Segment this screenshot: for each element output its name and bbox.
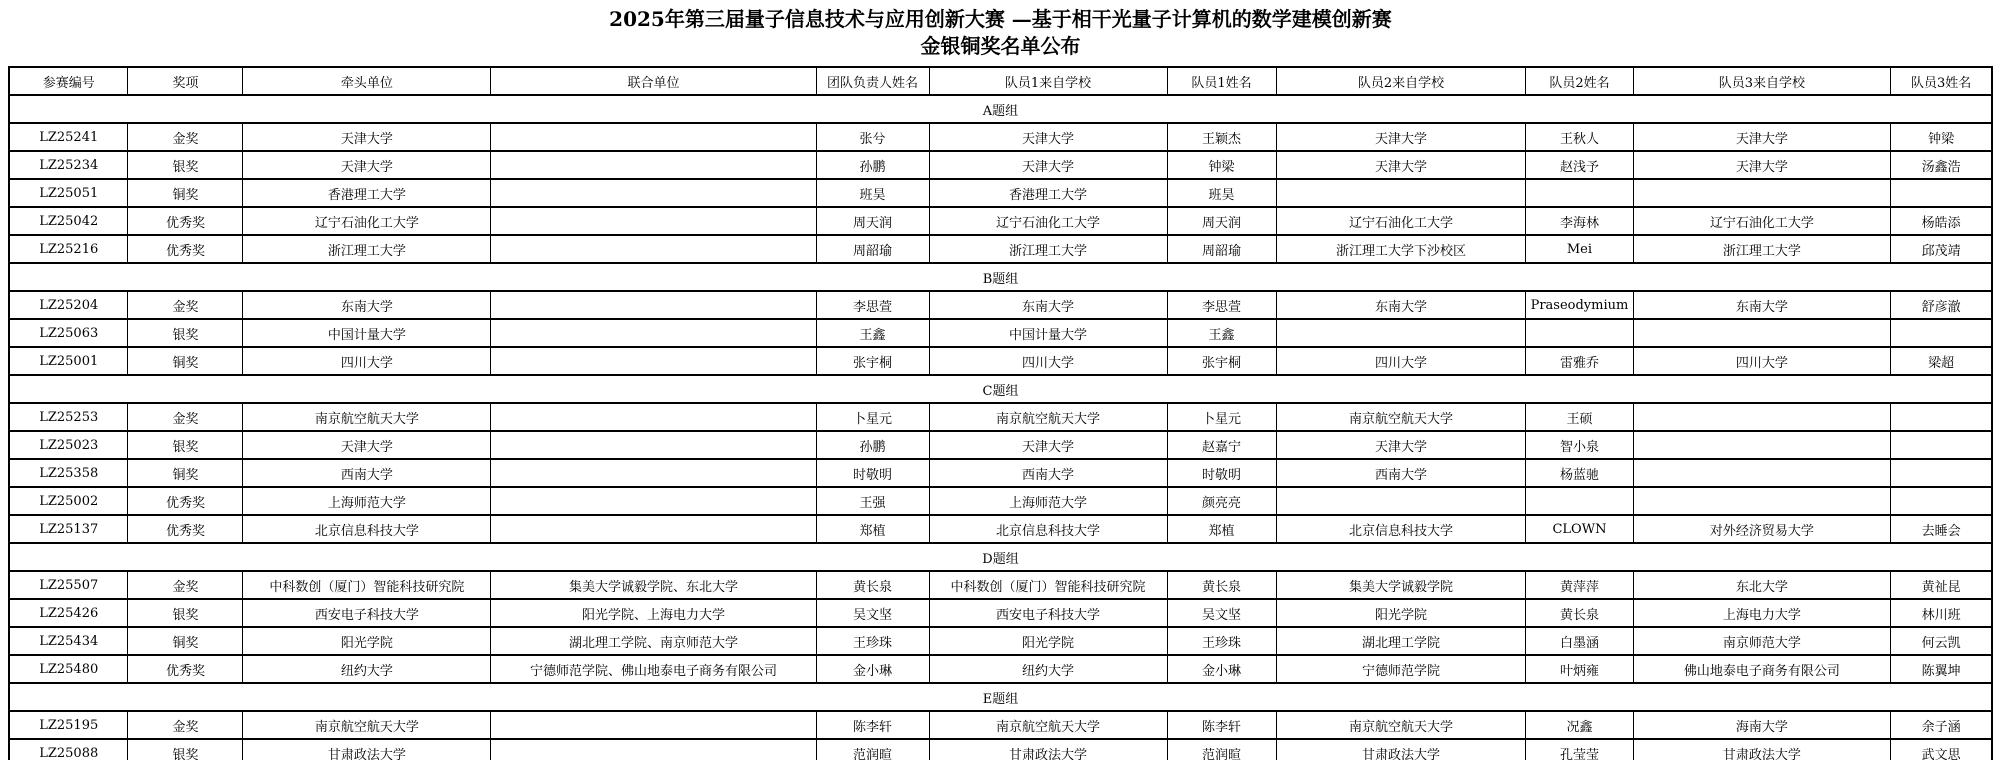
cell: 四川大学 bbox=[1633, 347, 1891, 375]
cell bbox=[1891, 179, 1992, 207]
cell: 余子涵 bbox=[1891, 711, 1992, 739]
cell: 南京航空航天大学 bbox=[243, 711, 491, 739]
cell: 班昊 bbox=[816, 179, 929, 207]
cell: 王珍珠 bbox=[1167, 627, 1276, 655]
cell: 汤鑫浩 bbox=[1891, 151, 1992, 179]
table-row: LZ25088银奖甘肃政法大学范润暄甘肃政法大学范润暄甘肃政法大学孔莹莹甘肃政法… bbox=[9, 739, 1992, 760]
cell: 卜星元 bbox=[816, 403, 929, 431]
cell: 去睡会 bbox=[1891, 515, 1992, 543]
cell bbox=[1526, 179, 1633, 207]
cell: 铜奖 bbox=[128, 347, 243, 375]
cell: 南京航空航天大学 bbox=[243, 403, 491, 431]
cell: 王珍珠 bbox=[816, 627, 929, 655]
cell: 银奖 bbox=[128, 151, 243, 179]
cell: 白墨涵 bbox=[1526, 627, 1633, 655]
group-label: E题组 bbox=[9, 683, 1992, 711]
cell: LZ25434 bbox=[9, 627, 128, 655]
cell: 南京航空航天大学 bbox=[929, 403, 1167, 431]
cell: LZ25063 bbox=[9, 319, 128, 347]
cell: 王颖杰 bbox=[1167, 123, 1276, 151]
cell: 中国计量大学 bbox=[243, 319, 491, 347]
cell: 优秀奖 bbox=[128, 655, 243, 683]
cell: 王鑫 bbox=[816, 319, 929, 347]
cell: 金奖 bbox=[128, 291, 243, 319]
cell: 张宇桐 bbox=[816, 347, 929, 375]
cell: LZ25253 bbox=[9, 403, 128, 431]
cell: LZ25195 bbox=[9, 711, 128, 739]
cell: 周韶瑜 bbox=[816, 235, 929, 263]
cell: LZ25234 bbox=[9, 151, 128, 179]
cell: 天津大学 bbox=[243, 431, 491, 459]
cell: 中科数创（厦门）智能科技研究院 bbox=[243, 571, 491, 599]
table-row: LZ25001铜奖四川大学张宇桐四川大学张宇桐四川大学雷雅乔四川大学梁超 bbox=[9, 347, 1992, 375]
cell: 甘肃政法大学 bbox=[929, 739, 1167, 760]
table-header: 参赛编号奖项牵头单位联合单位团队负责人姓名队员1来自学校队员1姓名队员2来自学校… bbox=[9, 67, 1992, 95]
cell: 天津大学 bbox=[1633, 151, 1891, 179]
table-row: LZ25434铜奖阳光学院湖北理工学院、南京师范大学王珍珠阳光学院王珍珠湖北理工… bbox=[9, 627, 1992, 655]
cell: 金奖 bbox=[128, 123, 243, 151]
cell: 金奖 bbox=[128, 403, 243, 431]
cell: 辽宁石油化工大学 bbox=[1633, 207, 1891, 235]
cell: 颜亮亮 bbox=[1167, 487, 1276, 515]
cell: 浙江理工大学 bbox=[1633, 235, 1891, 263]
cell: 天津大学 bbox=[243, 123, 491, 151]
cell bbox=[1891, 431, 1992, 459]
cell: 阳光学院 bbox=[929, 627, 1167, 655]
table-row: LZ25241金奖天津大学张兮天津大学王颖杰天津大学王秋人天津大学钟梁 bbox=[9, 123, 1992, 151]
cell bbox=[1891, 403, 1992, 431]
cell: 雷雅乔 bbox=[1526, 347, 1633, 375]
cell: 浙江理工大学 bbox=[243, 235, 491, 263]
table-row: LZ25216优秀奖浙江理工大学周韶瑜浙江理工大学周韶瑜浙江理工大学下沙校区Me… bbox=[9, 235, 1992, 263]
cell bbox=[1276, 487, 1526, 515]
table-body: A题组LZ25241金奖天津大学张兮天津大学王颖杰天津大学王秋人天津大学钟梁LZ… bbox=[9, 95, 1992, 760]
cell bbox=[491, 235, 816, 263]
cell: 武文思 bbox=[1891, 739, 1992, 760]
cell: 南京航空航天大学 bbox=[929, 711, 1167, 739]
cell: LZ25002 bbox=[9, 487, 128, 515]
cell: 林川班 bbox=[1891, 599, 1992, 627]
cell bbox=[491, 711, 816, 739]
cell: 西安电子科技大学 bbox=[929, 599, 1167, 627]
cell: LZ25137 bbox=[9, 515, 128, 543]
cell: 甘肃政法大学 bbox=[243, 739, 491, 760]
cell bbox=[491, 179, 816, 207]
table-row: LZ25507金奖中科数创（厦门）智能科技研究院集美大学诚毅学院、东北大学黄长泉… bbox=[9, 571, 1992, 599]
cell: 王硕 bbox=[1526, 403, 1633, 431]
cell: 吴文坚 bbox=[1167, 599, 1276, 627]
cell: LZ25051 bbox=[9, 179, 128, 207]
cell bbox=[491, 151, 816, 179]
cell: 周天润 bbox=[1167, 207, 1276, 235]
cell bbox=[1526, 319, 1633, 347]
cell: 赵嘉宁 bbox=[1167, 431, 1276, 459]
table-row: LZ25426银奖西安电子科技大学阳光学院、上海电力大学吴文坚西安电子科技大学吴… bbox=[9, 599, 1992, 627]
cell bbox=[491, 515, 816, 543]
cell: 时敬明 bbox=[816, 459, 929, 487]
column-header: 联合单位 bbox=[491, 67, 816, 95]
cell: 四川大学 bbox=[243, 347, 491, 375]
cell: 范润暄 bbox=[1167, 739, 1276, 760]
cell: 时敬明 bbox=[1167, 459, 1276, 487]
cell: 浙江理工大学 bbox=[929, 235, 1167, 263]
cell: 天津大学 bbox=[1276, 151, 1526, 179]
cell bbox=[1633, 403, 1891, 431]
cell bbox=[491, 431, 816, 459]
cell: 黄长泉 bbox=[1167, 571, 1276, 599]
cell: 况鑫 bbox=[1526, 711, 1633, 739]
group-label: C题组 bbox=[9, 375, 1992, 403]
group-row: B题组 bbox=[9, 263, 1992, 291]
cell: 郑植 bbox=[816, 515, 929, 543]
header-row: 参赛编号奖项牵头单位联合单位团队负责人姓名队员1来自学校队员1姓名队员2来自学校… bbox=[9, 67, 1992, 95]
cell: 纽约大学 bbox=[929, 655, 1167, 683]
cell: 南京航空航天大学 bbox=[1276, 711, 1526, 739]
group-row: C题组 bbox=[9, 375, 1992, 403]
awards-table: 参赛编号奖项牵头单位联合单位团队负责人姓名队员1来自学校队员1姓名队员2来自学校… bbox=[8, 66, 1993, 760]
group-label: D题组 bbox=[9, 543, 1992, 571]
cell: 铜奖 bbox=[128, 179, 243, 207]
cell: 赵浅予 bbox=[1526, 151, 1633, 179]
cell: 对外经济贸易大学 bbox=[1633, 515, 1891, 543]
cell: 金奖 bbox=[128, 711, 243, 739]
cell: 陈李轩 bbox=[816, 711, 929, 739]
cell: 黄萍萍 bbox=[1526, 571, 1633, 599]
cell: 金奖 bbox=[128, 571, 243, 599]
cell: 集美大学诚毅学院、东北大学 bbox=[491, 571, 816, 599]
column-header: 奖项 bbox=[128, 67, 243, 95]
cell: 范润暄 bbox=[816, 739, 929, 760]
cell: 湖北理工学院 bbox=[1276, 627, 1526, 655]
cell: LZ25241 bbox=[9, 123, 128, 151]
cell bbox=[1633, 459, 1891, 487]
cell bbox=[491, 291, 816, 319]
cell: 银奖 bbox=[128, 319, 243, 347]
cell bbox=[491, 207, 816, 235]
title-line-1: 2025年第三届量子信息技术与应用创新大赛 —基于相干光量子计算机的数学建模创新… bbox=[0, 6, 2001, 33]
cell: LZ25358 bbox=[9, 459, 128, 487]
table-row: LZ25051铜奖香港理工大学班昊香港理工大学班昊 bbox=[9, 179, 1992, 207]
cell: 钟梁 bbox=[1167, 151, 1276, 179]
cell: 辽宁石油化工大学 bbox=[243, 207, 491, 235]
group-row: A题组 bbox=[9, 95, 1992, 123]
cell: 李思萱 bbox=[816, 291, 929, 319]
cell: 银奖 bbox=[128, 431, 243, 459]
cell: 孔莹莹 bbox=[1526, 739, 1633, 760]
cell: 宁德师范学院 bbox=[1276, 655, 1526, 683]
cell: LZ25204 bbox=[9, 291, 128, 319]
column-header: 队员1来自学校 bbox=[929, 67, 1167, 95]
column-header: 队员3来自学校 bbox=[1633, 67, 1891, 95]
table-row: LZ25042优秀奖辽宁石油化工大学周天润辽宁石油化工大学周天润辽宁石油化工大学… bbox=[9, 207, 1992, 235]
cell bbox=[1891, 459, 1992, 487]
cell: 优秀奖 bbox=[128, 487, 243, 515]
cell: 南京航空航天大学 bbox=[1276, 403, 1526, 431]
column-header: 参赛编号 bbox=[9, 67, 128, 95]
cell: 周天润 bbox=[816, 207, 929, 235]
column-header: 团队负责人姓名 bbox=[816, 67, 929, 95]
cell: 郑植 bbox=[1167, 515, 1276, 543]
cell: 集美大学诚毅学院 bbox=[1276, 571, 1526, 599]
cell: Praseodymium bbox=[1526, 291, 1633, 319]
cell: 黄祉昆 bbox=[1891, 571, 1992, 599]
cell: 佛山地泰电子商务有限公司 bbox=[1633, 655, 1891, 683]
cell: LZ25088 bbox=[9, 739, 128, 760]
column-header: 队员2姓名 bbox=[1526, 67, 1633, 95]
cell bbox=[491, 739, 816, 760]
column-header: 队员3姓名 bbox=[1891, 67, 1992, 95]
cell: 阳光学院 bbox=[243, 627, 491, 655]
cell: 班昊 bbox=[1167, 179, 1276, 207]
cell: 何云凯 bbox=[1891, 627, 1992, 655]
cell: 金小琳 bbox=[816, 655, 929, 683]
table-row: LZ25480优秀奖纽约大学宁德师范学院、佛山地泰电子商务有限公司金小琳纽约大学… bbox=[9, 655, 1992, 683]
cell: 西南大学 bbox=[1276, 459, 1526, 487]
cell: 杨皓添 bbox=[1891, 207, 1992, 235]
column-header: 队员2来自学校 bbox=[1276, 67, 1526, 95]
cell: 叶炳雍 bbox=[1526, 655, 1633, 683]
cell: 甘肃政法大学 bbox=[1276, 739, 1526, 760]
cell: 黄长泉 bbox=[1526, 599, 1633, 627]
cell bbox=[1276, 179, 1526, 207]
cell: 王秋人 bbox=[1526, 123, 1633, 151]
cell: 铜奖 bbox=[128, 459, 243, 487]
cell bbox=[1891, 487, 1992, 515]
cell: 王鑫 bbox=[1167, 319, 1276, 347]
cell: 智小泉 bbox=[1526, 431, 1633, 459]
cell: 铜奖 bbox=[128, 627, 243, 655]
cell: 金小琳 bbox=[1167, 655, 1276, 683]
cell: 东南大学 bbox=[243, 291, 491, 319]
table-row: LZ25063银奖中国计量大学王鑫中国计量大学王鑫 bbox=[9, 319, 1992, 347]
cell: 湖北理工学院、南京师范大学 bbox=[491, 627, 816, 655]
cell: 杨蓝驰 bbox=[1526, 459, 1633, 487]
cell: 优秀奖 bbox=[128, 207, 243, 235]
group-row: E题组 bbox=[9, 683, 1992, 711]
cell: 浙江理工大学下沙校区 bbox=[1276, 235, 1526, 263]
cell: 王强 bbox=[816, 487, 929, 515]
cell: LZ25216 bbox=[9, 235, 128, 263]
column-header: 牵头单位 bbox=[243, 67, 491, 95]
cell: LZ25426 bbox=[9, 599, 128, 627]
cell: 优秀奖 bbox=[128, 515, 243, 543]
cell: Mei bbox=[1526, 235, 1633, 263]
page-title: 2025年第三届量子信息技术与应用创新大赛 —基于相干光量子计算机的数学建模创新… bbox=[0, 0, 2001, 60]
cell: 天津大学 bbox=[929, 151, 1167, 179]
table-row: LZ25234银奖天津大学孙鹏天津大学钟梁天津大学赵浅予天津大学汤鑫浩 bbox=[9, 151, 1992, 179]
cell: CLOWN bbox=[1526, 515, 1633, 543]
cell: 西南大学 bbox=[929, 459, 1167, 487]
cell: 黄长泉 bbox=[816, 571, 929, 599]
cell: 天津大学 bbox=[1633, 123, 1891, 151]
cell bbox=[1633, 179, 1891, 207]
cell: 香港理工大学 bbox=[929, 179, 1167, 207]
cell: 张兮 bbox=[816, 123, 929, 151]
cell bbox=[491, 347, 816, 375]
cell: 北京信息科技大学 bbox=[929, 515, 1167, 543]
cell: 南京师范大学 bbox=[1633, 627, 1891, 655]
cell: 银奖 bbox=[128, 739, 243, 760]
cell bbox=[491, 459, 816, 487]
cell: 邱茂靖 bbox=[1891, 235, 1992, 263]
cell bbox=[1633, 431, 1891, 459]
cell bbox=[1633, 319, 1891, 347]
cell: 东南大学 bbox=[929, 291, 1167, 319]
cell: 中科数创（厦门）智能科技研究院 bbox=[929, 571, 1167, 599]
cell: 东北大学 bbox=[1633, 571, 1891, 599]
table-row: LZ25204金奖东南大学李思萱东南大学李思萱东南大学Praseodymium东… bbox=[9, 291, 1992, 319]
cell bbox=[491, 403, 816, 431]
cell: 阳光学院 bbox=[1276, 599, 1526, 627]
cell: 宁德师范学院、佛山地泰电子商务有限公司 bbox=[491, 655, 816, 683]
cell bbox=[1633, 487, 1891, 515]
cell: LZ25001 bbox=[9, 347, 128, 375]
table-row: LZ25002优秀奖上海师范大学王强上海师范大学颜亮亮 bbox=[9, 487, 1992, 515]
cell: 陈翼坤 bbox=[1891, 655, 1992, 683]
cell: 阳光学院、上海电力大学 bbox=[491, 599, 816, 627]
cell bbox=[1526, 487, 1633, 515]
cell: 上海师范大学 bbox=[243, 487, 491, 515]
cell: 辽宁石油化工大学 bbox=[929, 207, 1167, 235]
table-row: LZ25137优秀奖北京信息科技大学郑植北京信息科技大学郑植北京信息科技大学CL… bbox=[9, 515, 1992, 543]
cell: 舒彦澈 bbox=[1891, 291, 1992, 319]
table-row: LZ25195金奖南京航空航天大学陈李轩南京航空航天大学陈李轩南京航空航天大学况… bbox=[9, 711, 1992, 739]
cell: 纽约大学 bbox=[243, 655, 491, 683]
cell: 海南大学 bbox=[1633, 711, 1891, 739]
cell: 上海电力大学 bbox=[1633, 599, 1891, 627]
cell: 陈李轩 bbox=[1167, 711, 1276, 739]
cell: 辽宁石油化工大学 bbox=[1276, 207, 1526, 235]
cell: 李海林 bbox=[1526, 207, 1633, 235]
cell: LZ25480 bbox=[9, 655, 128, 683]
table-row: LZ25253金奖南京航空航天大学卜星元南京航空航天大学卜星元南京航空航天大学王… bbox=[9, 403, 1992, 431]
cell: 四川大学 bbox=[929, 347, 1167, 375]
cell: 东南大学 bbox=[1276, 291, 1526, 319]
cell: 中国计量大学 bbox=[929, 319, 1167, 347]
cell: 优秀奖 bbox=[128, 235, 243, 263]
cell: 四川大学 bbox=[1276, 347, 1526, 375]
cell: 天津大学 bbox=[929, 431, 1167, 459]
cell: 西南大学 bbox=[243, 459, 491, 487]
cell bbox=[491, 319, 816, 347]
group-label: A题组 bbox=[9, 95, 1992, 123]
cell: 卜星元 bbox=[1167, 403, 1276, 431]
cell: 梁超 bbox=[1891, 347, 1992, 375]
cell: 香港理工大学 bbox=[243, 179, 491, 207]
cell: 东南大学 bbox=[1633, 291, 1891, 319]
cell: 钟梁 bbox=[1891, 123, 1992, 151]
cell bbox=[491, 487, 816, 515]
cell bbox=[1276, 319, 1526, 347]
cell: LZ25507 bbox=[9, 571, 128, 599]
cell: 吴文坚 bbox=[816, 599, 929, 627]
cell: LZ25042 bbox=[9, 207, 128, 235]
page: 2025年第三届量子信息技术与应用创新大赛 —基于相干光量子计算机的数学建模创新… bbox=[0, 0, 2001, 760]
cell: 天津大学 bbox=[1276, 123, 1526, 151]
cell: 李思萱 bbox=[1167, 291, 1276, 319]
cell: 西安电子科技大学 bbox=[243, 599, 491, 627]
column-header: 队员1姓名 bbox=[1167, 67, 1276, 95]
cell bbox=[1891, 319, 1992, 347]
cell: 天津大学 bbox=[929, 123, 1167, 151]
cell: 天津大学 bbox=[243, 151, 491, 179]
cell: 周韶瑜 bbox=[1167, 235, 1276, 263]
title-line-2: 金银铜奖名单公布 bbox=[0, 33, 2001, 60]
cell: LZ25023 bbox=[9, 431, 128, 459]
cell bbox=[491, 123, 816, 151]
cell: 北京信息科技大学 bbox=[1276, 515, 1526, 543]
cell: 天津大学 bbox=[1276, 431, 1526, 459]
cell: 银奖 bbox=[128, 599, 243, 627]
cell: 张宇桐 bbox=[1167, 347, 1276, 375]
group-row: D题组 bbox=[9, 543, 1992, 571]
cell: 孙鹏 bbox=[816, 431, 929, 459]
table-row: LZ25023银奖天津大学孙鹏天津大学赵嘉宁天津大学智小泉 bbox=[9, 431, 1992, 459]
cell: 孙鹏 bbox=[816, 151, 929, 179]
cell: 上海师范大学 bbox=[929, 487, 1167, 515]
group-label: B题组 bbox=[9, 263, 1992, 291]
cell: 甘肃政法大学 bbox=[1633, 739, 1891, 760]
table-row: LZ25358铜奖西南大学时敬明西南大学时敬明西南大学杨蓝驰 bbox=[9, 459, 1992, 487]
cell: 北京信息科技大学 bbox=[243, 515, 491, 543]
